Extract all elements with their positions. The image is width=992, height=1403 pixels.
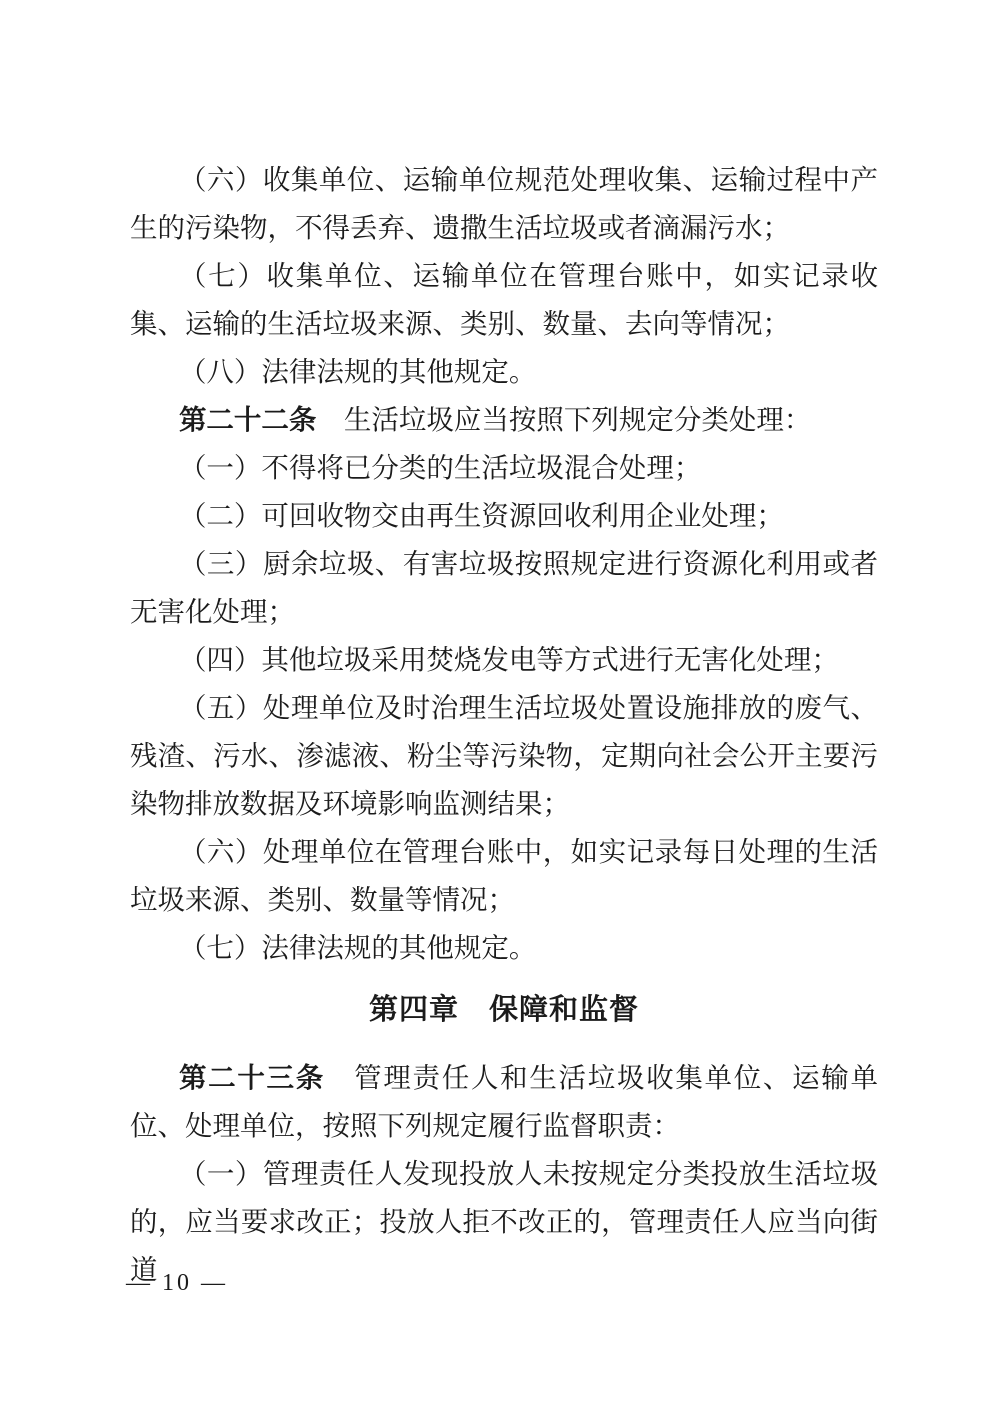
article-22-text: 生活垃圾应当按照下列规定分类处理： <box>316 404 811 435</box>
paragraph-item-3: （三）厨余垃圾、有害垃圾按照规定进行资源化利用或者无害化处理； <box>130 540 878 636</box>
article-23-paragraph: 第二十三条 管理责任人和生活垃圾收集单位、运输单位、处理单位，按照下列规定履行监… <box>130 1054 878 1150</box>
page-number: — 10 — <box>126 1270 228 1296</box>
paragraph-item-6: （六）收集单位、运输单位规范处理收集、运输过程中产生的污染物，不得丢弃、遗撒生活… <box>130 156 878 252</box>
article-22-paragraph: 第二十二条 生活垃圾应当按照下列规定分类处理： <box>130 396 878 444</box>
document-page: （六）收集单位、运输单位规范处理收集、运输过程中产生的污染物，不得丢弃、遗撒生活… <box>0 0 992 1403</box>
paragraph-item-2: （二）可回收物交由再生资源回收利用企业处理； <box>130 492 878 540</box>
article-23-number: 第二十三条 <box>179 1062 325 1093</box>
paragraph-item-5: （五）处理单位及时治理生活垃圾处置设施排放的废气、残渣、污水、渗滤液、粉尘等污染… <box>130 684 878 828</box>
paragraph-item-4: （四）其他垃圾采用焚烧发电等方式进行无害化处理； <box>130 636 878 684</box>
paragraph-item-1: （一）不得将已分类的生活垃圾混合处理； <box>130 444 878 492</box>
article-22-number: 第二十二条 <box>179 404 317 435</box>
paragraph-item-7b: （七）法律法规的其他规定。 <box>130 924 878 972</box>
paragraph-item-7: （七）收集单位、运输单位在管理台账中，如实记录收集、运输的生活垃圾来源、类别、数… <box>130 252 878 348</box>
document-body: （六）收集单位、运输单位规范处理收集、运输过程中产生的污染物，不得丢弃、遗撒生活… <box>130 156 878 1294</box>
page-footer: — 10 — <box>126 1266 228 1300</box>
paragraph-item-1b: （一）管理责任人发现投放人未按规定分类投放生活垃圾的，应当要求改正；投放人拒不改… <box>130 1150 878 1294</box>
paragraph-item-6b: （六）处理单位在管理台账中，如实记录每日处理的生活垃圾来源、类别、数量等情况； <box>130 828 878 924</box>
chapter-heading: 第四章 保障和监督 <box>130 986 878 1034</box>
paragraph-item-8: （八）法律法规的其他规定。 <box>130 348 878 396</box>
